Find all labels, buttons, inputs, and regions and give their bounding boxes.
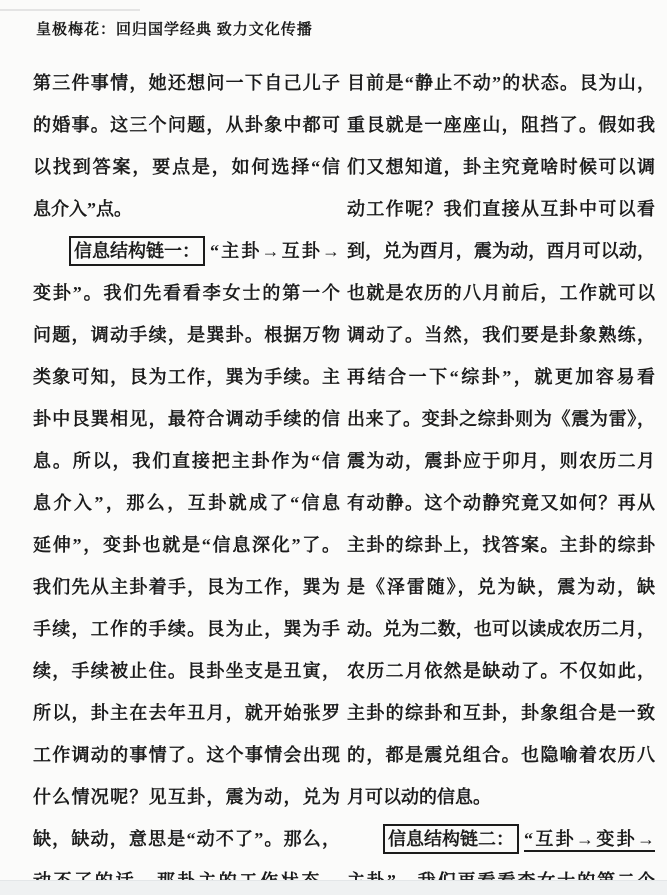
- text-segment: 所以，卦主在去年丑月，就开始张罗: [33, 703, 340, 723]
- right-text-column: 目前是“静止不动”的状态。艮为山，重艮就是一座座山，阻挡了。假如我们又想知道，卦…: [347, 62, 655, 881]
- text-segment: 重艮就是一座座山，阻挡了。假如我: [347, 115, 655, 135]
- text-line: 息介入”点。: [33, 188, 340, 230]
- text-segment: 主卦的综卦上，找答案。主卦的综卦: [347, 535, 655, 555]
- text-segment: 目前是“静止不动”的状态。艮为山，: [347, 73, 655, 93]
- text-line: 变卦”。我们先看看李女士的第一个: [33, 272, 340, 314]
- text-line: 卦中艮巽相见，最符合调动手续的信: [33, 398, 340, 440]
- text-line: 也就是农历的八月前后，工作就可以: [347, 272, 655, 314]
- text-segment: 问题，调动手续，是巽卦。根据万物: [33, 325, 340, 345]
- text-line: 有动静。这个动静究竟又如何？再从: [347, 482, 655, 524]
- text-line-clipped: 主卦”。我们再看看李女士的第二个: [347, 860, 655, 881]
- hexagram-chain-text: 变卦”: [33, 283, 82, 303]
- text-segment: 农历二月依然是缺动了。不仅如此，: [347, 661, 655, 681]
- text-segment: 延伸”，变卦也就是“信息深化”了。: [33, 535, 340, 555]
- text-line: 我们先从主卦着手，艮为工作，巽为: [33, 566, 340, 608]
- text-line: 信息结构链二：“互卦→变卦→: [347, 818, 655, 860]
- text-segment: 以找到答案，要点是，如何选择“信: [33, 157, 340, 177]
- text-line: 以找到答案，要点是，如何选择“信: [33, 146, 340, 188]
- text-line: 工作调动的事情了。这个事情会出现: [33, 734, 340, 776]
- text-segment: 息介入”点。: [33, 199, 132, 219]
- text-segment: 我们先从主卦着手，艮为工作，巽为: [33, 577, 340, 597]
- text-segment: 主卦的综卦和互卦，卦象组合是一致: [347, 703, 655, 723]
- text-line: 延伸”，变卦也就是“信息深化”了。: [33, 524, 340, 566]
- text-line: 手续，工作的手续。艮为止，巽为手: [33, 608, 340, 650]
- text-segment: 也就是农历的八月前后，工作就可以: [347, 283, 655, 303]
- text-line: 信息结构链一：“主卦→互卦→: [33, 230, 340, 272]
- text-line: 的，都是震兑组合。也隐喻着农历八: [347, 734, 655, 776]
- text-segment: 月可以动的信息。: [347, 787, 491, 807]
- text-segment: 什么情况呢？见互卦，震为动，兑为: [33, 787, 340, 807]
- text-segment: 类象可知，艮为工作，巽为手续。主: [33, 367, 340, 387]
- text-line: 出来了。变卦之综卦则为《震为雷》，: [347, 398, 655, 440]
- text-line: 所以，卦主在去年丑月，就开始张罗: [33, 692, 340, 734]
- text-line: 动。兑为二数，也可以读成农历二月，: [347, 608, 655, 650]
- text-segment: 到，兑为酉月，震为动，酉月可以动，: [347, 241, 655, 261]
- scanner-edge-strip: [0, 880, 667, 895]
- text-line: 目前是“静止不动”的状态。艮为山，: [347, 62, 655, 104]
- text-segment: 。我们先看看李女士的第一个: [82, 283, 340, 303]
- text-line: 续，手续被止住。艮卦坐支是丑寅，: [33, 650, 340, 692]
- text-segment: 有动静。这个动静究竟又如何？再从: [347, 493, 655, 513]
- text-line: 们又想知道，卦主究竟啥时候可以调: [347, 146, 655, 188]
- text-segment: 震为动，震卦应于卯月，则农历二月: [347, 451, 655, 471]
- scan-artifact-line: [0, 9, 140, 11]
- text-line: 调动了。当然，我们要是卦象熟练，: [347, 314, 655, 356]
- section-label-box: 信息结构链一：: [69, 236, 205, 266]
- text-segment: 的婚事。这三个问题，从卦象中都可: [33, 115, 340, 135]
- text-segment: 的，都是震兑组合。也隐喻着农历八: [347, 745, 655, 765]
- text-line: 第三件事情，她还想问一下自己儿子: [33, 62, 340, 104]
- text-line: 主卦的综卦和互卦，卦象组合是一致: [347, 692, 655, 734]
- text-segment: 们又想知道，卦主究竟啥时候可以调: [347, 157, 655, 177]
- text-segment: 再结合一下“综卦”，就更加容易看: [347, 367, 655, 387]
- text-line: 重艮就是一座座山，阻挡了。假如我: [347, 104, 655, 146]
- text-line: 到，兑为酉月，震为动，酉月可以动，: [347, 230, 655, 272]
- text-segment: 息。所以，我们直接把主卦作为“信: [33, 451, 340, 471]
- text-segment: 工作调动的事情了。这个事情会出现: [33, 745, 340, 765]
- text-line: 的婚事。这三个问题，从卦象中都可: [33, 104, 340, 146]
- text-segment: 动。兑为二数，也可以读成农历二月，: [347, 619, 655, 639]
- text-line: 缺，缺动，意思是“动不了”。那么，: [33, 818, 340, 860]
- text-segment: 是《泽雷随》，兑为缺，震为动，缺: [347, 577, 655, 597]
- text-line: 震为动，震卦应于卯月，则农历二月: [347, 440, 655, 482]
- text-segment: 调动了。当然，我们要是卦象熟练，: [347, 325, 655, 345]
- page-header-title: 皇极梅花：回归国学经典 致力文化传播: [36, 18, 313, 39]
- section-label-box: 信息结构链二：: [383, 824, 519, 854]
- text-line: 什么情况呢？见互卦，震为动，兑为: [33, 776, 340, 818]
- text-segment: 动工作呢？我们直接从互卦中可以看: [347, 199, 655, 219]
- text-line: 主卦的综卦上，找答案。主卦的综卦: [347, 524, 655, 566]
- text-line: 问题，调动手续，是巽卦。根据万物: [33, 314, 340, 356]
- text-segment: 续，手续被止住。艮卦坐支是丑寅，: [33, 661, 340, 681]
- text-line: 是《泽雷随》，兑为缺，震为动，缺: [347, 566, 655, 608]
- text-line-clipped: 动不了的话，那卦主的工作状态，: [33, 860, 340, 881]
- hexagram-chain-text: “互卦→变卦→: [524, 829, 655, 849]
- scanned-book-page: 皇极梅花：回归国学经典 致力文化传播 第三件事情，她还想问一下自己儿子的婚事。这…: [0, 0, 667, 895]
- text-line: 农历二月依然是缺动了。不仅如此，: [347, 650, 655, 692]
- text-segment: 卦中艮巽相见，最符合调动手续的信: [33, 409, 340, 429]
- text-line: 动工作呢？我们直接从互卦中可以看: [347, 188, 655, 230]
- text-segment: 第三件事情，她还想问一下自己儿子: [33, 73, 340, 93]
- text-segment: 缺，缺动，意思是“动不了”。那么，: [33, 829, 340, 849]
- text-line: 息介入”，那么，互卦就成了“信息: [33, 482, 340, 524]
- left-text-column: 第三件事情，她还想问一下自己儿子的婚事。这三个问题，从卦象中都可以找到答案，要点…: [33, 62, 340, 881]
- text-line: 息。所以，我们直接把主卦作为“信: [33, 440, 340, 482]
- text-segment: 息介入”，那么，互卦就成了“信息: [33, 493, 340, 513]
- text-line: 类象可知，艮为工作，巽为手续。主: [33, 356, 340, 398]
- text-segment: 出来了。变卦之综卦则为《震为雷》，: [347, 409, 655, 429]
- text-line: 再结合一下“综卦”，就更加容易看: [347, 356, 655, 398]
- text-line: 月可以动的信息。: [347, 776, 655, 818]
- text-segment: 手续，工作的手续。艮为止，巽为手: [33, 619, 340, 639]
- hexagram-chain-text: “主卦→互卦→: [210, 241, 340, 261]
